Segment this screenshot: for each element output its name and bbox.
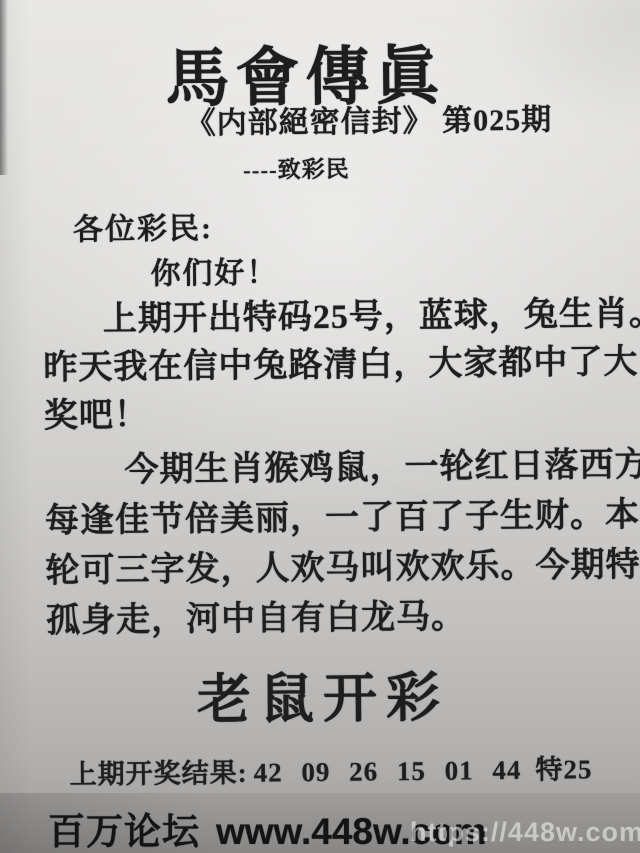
highlight-phrase: 老鼠开彩 [2,653,640,737]
fax-letter-photo: 馬會傳眞 《内部絕密信封》 第025期 ----致彩民 各位彩民: 你们好！ 上… [0,0,640,853]
site-watermark: https://448w.com [410,817,640,848]
footer-forum-name: 百万论坛 [48,811,200,852]
paragraph-1-line-1: 上期开出特码25号，蓝球，兔生肖。 [43,291,605,345]
results-label: 上期开奖结果: [70,758,248,790]
results-special-number: 特25 [535,754,592,785]
paragraph-1-line-2: 昨天我在信中兔路清白，大家都中了大 [43,339,605,393]
issue-subtitle: 《内部絕密信封》 第025期 [101,94,637,144]
results-numbers: 42 09 26 15 01 44 [254,755,522,788]
dedication-line: ----致彩民 [0,148,596,187]
paragraph-2-line-2: 每逢佳节倍美丽，一了百了子生财。本期 [45,491,607,547]
paragraph-1-line-3: 奖吧！ [44,387,606,441]
letter-content: 馬會傳眞 《内部絕密信封》 第025期 ----致彩民 各位彩民: 你们好！ 上… [0,0,640,853]
paragraph-1: 上期开出特码25号，蓝球，兔生肖。 昨天我在信中兔路清白，大家都中了大 奖吧！ [43,291,606,441]
paragraph-2-line-4: 孤身走，河中自有白龙马。 [46,591,608,647]
paragraph-2-line-3: 轮可三字发，人欢马叫欢欢乐。今期特码 [45,541,607,597]
previous-draw-results: 上期开奖结果:42 09 26 15 01 44特25 [69,747,592,791]
paragraph-2-line-1: 今期生肖猴鸡鼠，一轮红日落西方。 [44,441,606,497]
salutation: 各位彩民: [73,203,213,248]
greeting: 你们好！ [150,247,278,292]
paragraph-2: 今期生肖猴鸡鼠，一轮红日落西方。 每逢佳节倍美丽，一了百了子生财。本期 轮可三字… [44,441,608,647]
